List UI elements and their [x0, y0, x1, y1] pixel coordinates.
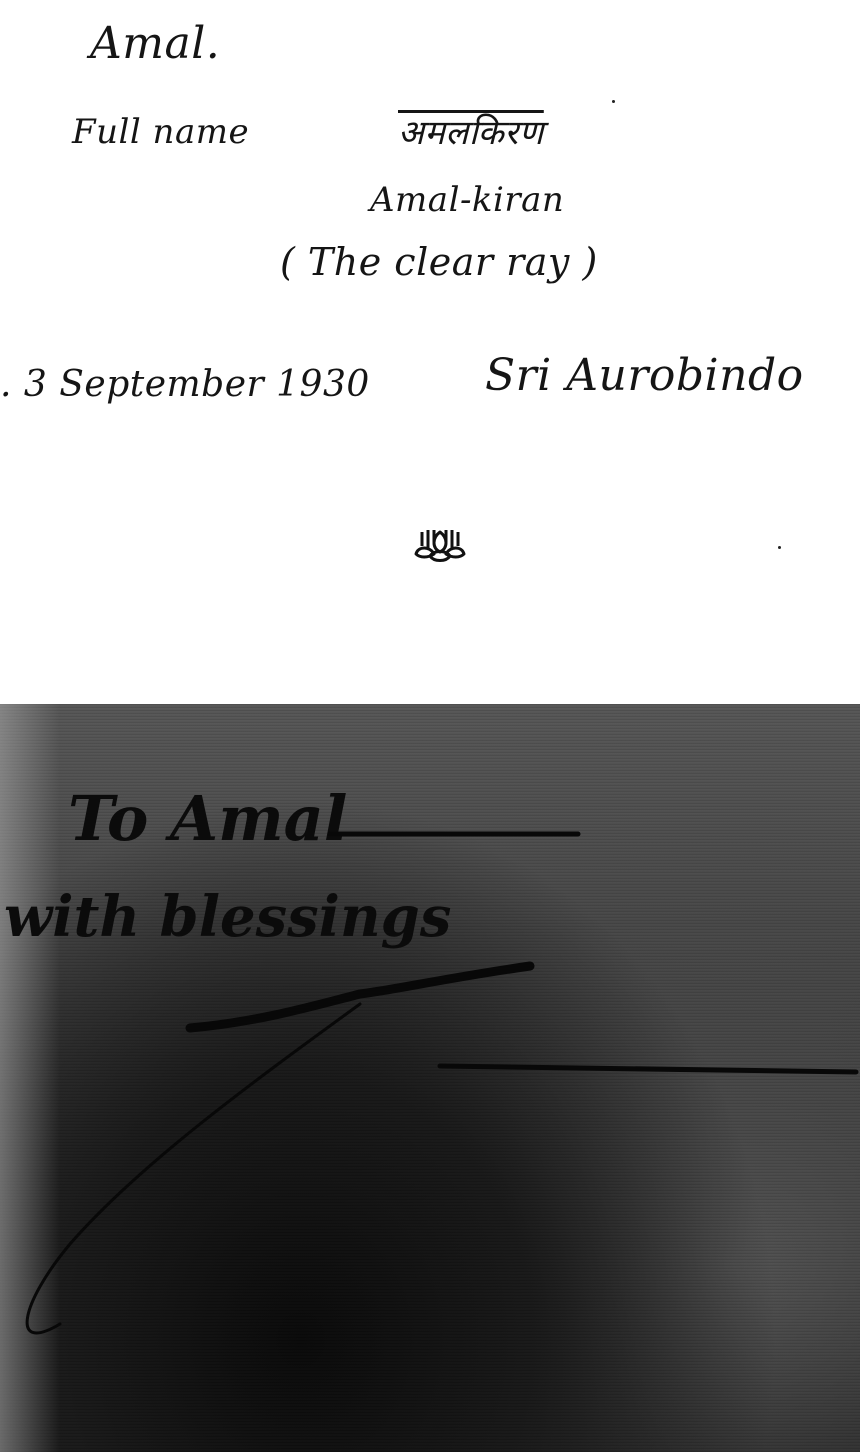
- full-name-devanagari: अमलकिरण: [398, 108, 544, 154]
- speck: [778, 546, 781, 549]
- speck: [612, 100, 615, 103]
- lotus-icon: [412, 524, 468, 564]
- signature: Sri Aurobindo: [485, 350, 804, 401]
- full-name-label: Full name: [72, 112, 249, 152]
- name-meaning: ( The clear ray ): [280, 240, 598, 284]
- full-name-romanized: Amal-kiran: [370, 180, 564, 220]
- signature-flourish-icon: [0, 704, 860, 1452]
- inscribed-photograph: To Amal with blessings: [0, 704, 860, 1452]
- note-name: Amal.: [90, 18, 220, 69]
- note-date: . 3 September 1930: [0, 364, 370, 405]
